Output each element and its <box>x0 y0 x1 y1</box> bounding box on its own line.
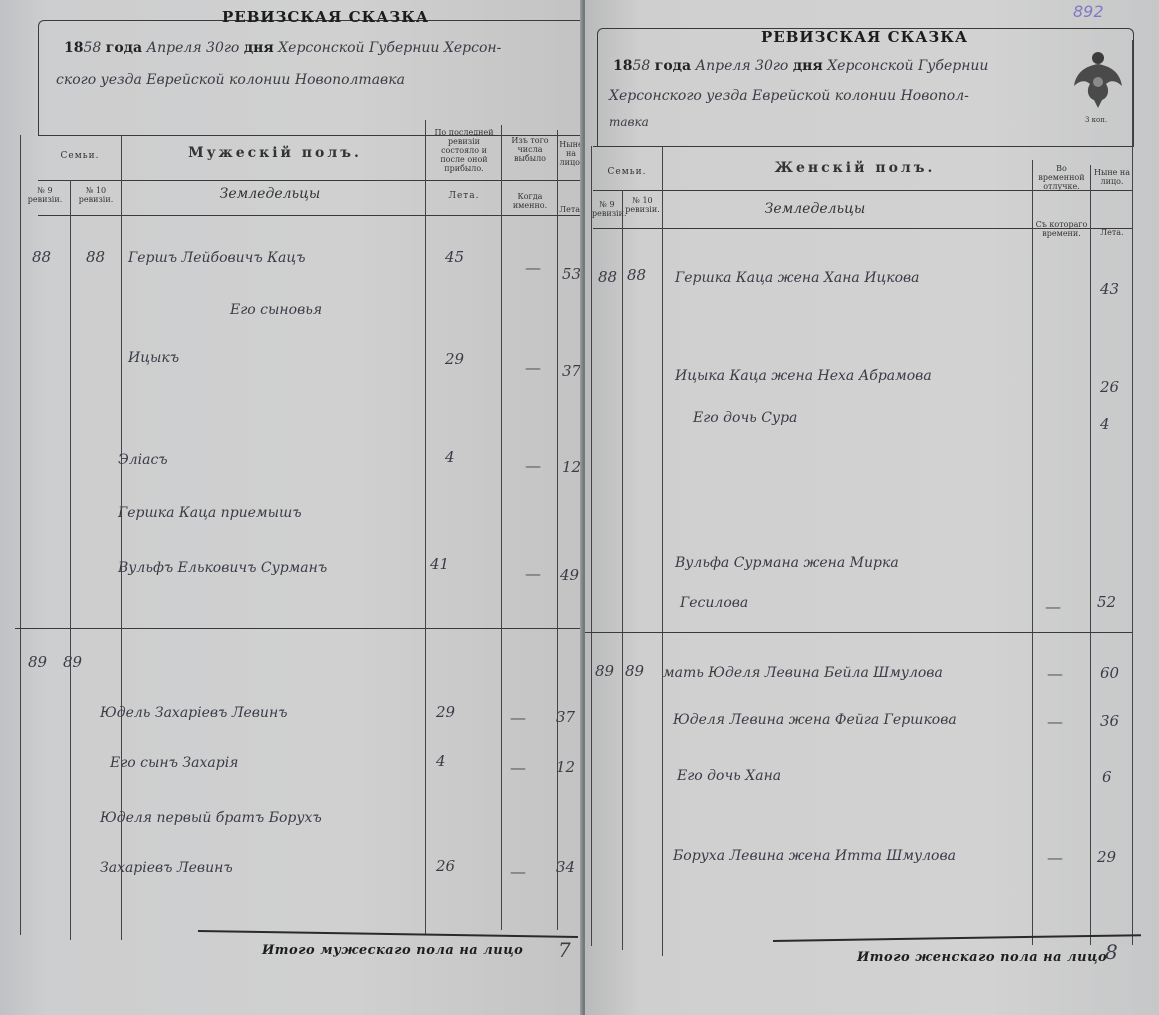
person-name: Гершка Каца жена Хана Ицкова <box>675 270 920 286</box>
age-last-revision: 45 <box>445 248 464 266</box>
age-now: 34 <box>556 858 575 876</box>
col-line <box>20 135 21 935</box>
person-name: Гершъ Лейбовичъ Кацъ <box>128 250 305 266</box>
person-name: Захарiевъ Левинъ <box>100 860 233 876</box>
age-now: 29 <box>1097 848 1116 866</box>
location-line-2: ского уезда Еврейской колонии Новополтав… <box>56 72 405 88</box>
location-line-1: Херсонской Губернии <box>827 58 988 74</box>
preamble-line-1: 1858 года Апреля 30го дня Херсонской Губ… <box>613 58 988 74</box>
preamble-line-2: Херсонского уезда Еврейской колонии Ново… <box>609 88 969 104</box>
age-now: 12 <box>562 458 581 476</box>
family-no10: 89 <box>625 662 644 680</box>
departed: — <box>510 708 526 727</box>
header-departed-when: Когда именно. <box>504 192 556 210</box>
person-name: Юделя первый братъ Борухъ <box>100 810 322 826</box>
departed: — <box>525 564 541 583</box>
age-now: 36 <box>1100 712 1119 730</box>
header-ages: Лета. <box>428 192 500 201</box>
age-now: 60 <box>1100 664 1119 682</box>
age-last-revision: 26 <box>436 857 455 875</box>
header-no9: № 9 ревизіи. <box>22 186 68 204</box>
total-rule <box>773 934 1141 942</box>
col-line <box>70 180 71 940</box>
stamp-label: 3 коп. <box>1085 116 1107 124</box>
household-class-handwritten: Земледельцы <box>715 205 915 214</box>
since: — <box>1047 712 1063 731</box>
year-word: года <box>655 58 691 74</box>
family-no9: 88 <box>598 268 617 286</box>
family-divider <box>585 632 1133 633</box>
age-last-revision: 29 <box>436 703 455 721</box>
preamble-line-1: 1858 года Апреля 30го дня Херсонской Губ… <box>64 40 501 56</box>
preamble-line-3: тавка <box>609 114 649 130</box>
header-no10: № 10 ревизіи. <box>72 186 120 204</box>
departed: — <box>525 358 541 377</box>
person-name: Его дочь Сура <box>693 410 797 426</box>
male-total-value: 7 <box>558 938 571 962</box>
age-last-revision: 4 <box>436 752 446 770</box>
since: — <box>1045 597 1061 616</box>
col-line <box>1132 40 1133 945</box>
age-now: 43 <box>1100 280 1119 298</box>
person-name: Гесилова <box>680 595 748 611</box>
person-name: Его сынъ Захарiя <box>110 755 238 771</box>
family-divider <box>15 628 583 629</box>
person-name: Элiасъ <box>118 452 168 468</box>
header-sex-title: Мужескій полъ. <box>130 145 420 161</box>
right-page: 892 РЕВИЗСКАЯ СКАЗКА 3 коп. 1858 года Ап… <box>585 0 1159 1015</box>
year-handwritten: 58 <box>83 40 101 56</box>
family-no9: 89 <box>28 653 47 671</box>
departed: — <box>525 258 541 277</box>
year-handwritten: 58 <box>632 58 650 74</box>
imperial-eagle-stamp-icon <box>1072 50 1124 112</box>
day-word: дня <box>793 58 823 74</box>
year-word: года <box>106 40 142 56</box>
preamble-line-2: ского уезда Еврейской колонии Новополтав… <box>56 72 405 88</box>
header-sex-title: Женскій полъ. <box>705 160 1005 176</box>
departed: — <box>510 758 526 777</box>
person-name: Боруха Левина жена Итта Шмулова <box>673 848 956 864</box>
header-last-revision: По последней ревизіи состояло и после он… <box>428 128 500 173</box>
day-word: дня <box>244 40 274 56</box>
age-now: 49 <box>560 566 579 584</box>
header-since-when: Съ котораго времени. <box>1034 220 1089 238</box>
since: — <box>1047 664 1063 683</box>
header-top-rule <box>593 146 1133 147</box>
location-line-1: Херсонской Губернии Херсон- <box>278 40 501 56</box>
col-line <box>501 125 502 930</box>
person-name: Его дочь Хана <box>677 768 781 784</box>
col-line <box>1032 160 1033 945</box>
age-last-revision: 41 <box>430 555 449 573</box>
male-total-label: Итого мужескаго пола на лицо <box>262 943 523 958</box>
person-name: Его сыновья <box>230 302 322 318</box>
family-no9: 89 <box>595 662 614 680</box>
header-present-ages: Лета. <box>1092 228 1132 237</box>
col-line <box>425 120 426 935</box>
family-no9: 88 <box>32 248 51 266</box>
left-page: РЕВИЗСКАЯ СКАЗКА 1858 года Апреля 30го д… <box>0 0 585 1015</box>
col-line <box>622 190 623 950</box>
age-now: 52 <box>1097 593 1116 611</box>
page-number: 892 <box>1073 2 1104 21</box>
departed: — <box>525 456 541 475</box>
person-name: Вульфъ Ельковичъ Сурманъ <box>118 560 327 576</box>
header-departed: Изъ того числа выбыло <box>504 136 556 163</box>
header-present: Ныне на лицо. <box>1092 168 1132 186</box>
header-families: Семьи. <box>593 168 661 177</box>
person-name: Юделя Левина жена Фейга Гершкова <box>673 712 957 728</box>
age-now: 37 <box>556 708 575 726</box>
age-now: 6 <box>1102 768 1112 786</box>
departed: — <box>510 862 526 881</box>
month-day-handwritten: Апреля 30го <box>696 58 789 74</box>
age-now: 4 <box>1100 415 1110 433</box>
age-last-revision: 4 <box>445 448 455 466</box>
since: — <box>1047 848 1063 867</box>
female-total-label: Итого женскаго пола на лицо <box>857 950 1107 965</box>
family-no10: 88 <box>86 248 105 266</box>
person-name: Ицыка Каца жена Неха Абрамова <box>675 368 932 384</box>
col-line <box>557 130 558 930</box>
month-day-handwritten: Апреля 30го <box>147 40 240 56</box>
col-line <box>1090 165 1091 945</box>
person-name: Ицыкъ <box>128 350 179 366</box>
location-line-3: тавка <box>609 115 649 129</box>
age-now: 37 <box>562 362 581 380</box>
family-no10: 88 <box>627 266 646 284</box>
total-rule <box>198 930 578 938</box>
page-title: РЕВИЗСКАЯ СКАЗКА <box>761 28 968 46</box>
family-no10: 89 <box>63 653 82 671</box>
person-name: Вульфа Сурмана жена Мирка <box>675 555 899 571</box>
age-now: 26 <box>1100 378 1119 396</box>
household-class-handwritten: Земледельцы <box>170 190 370 199</box>
header-no10: № 10 ревизіи. <box>624 196 661 214</box>
person-name: Юдель Захарiевъ Левинъ <box>100 705 288 721</box>
location-line-2: Херсонского уезда Еврейской колонии Ново… <box>609 88 969 104</box>
age-last-revision: 29 <box>445 350 464 368</box>
female-total-value: 8 <box>1105 940 1118 964</box>
col-line <box>591 146 592 946</box>
year-prefix: 18 <box>613 58 632 74</box>
header-no9: № 9 ревизіи. <box>592 200 622 218</box>
age-now: 12 <box>556 758 575 776</box>
person-name: мать Юделя Левина Бейла Шмулова <box>663 665 943 681</box>
page-title: РЕВИЗСКАЯ СКАЗКА <box>222 8 429 26</box>
col-line <box>662 146 663 956</box>
header-temp-absent: Во временной отлучке. <box>1034 164 1089 191</box>
age-now: 53 <box>562 265 581 283</box>
header-families: Семьи. <box>40 152 120 161</box>
year-prefix: 18 <box>64 40 83 56</box>
person-name: Гершка Каца приемышъ <box>118 505 302 521</box>
